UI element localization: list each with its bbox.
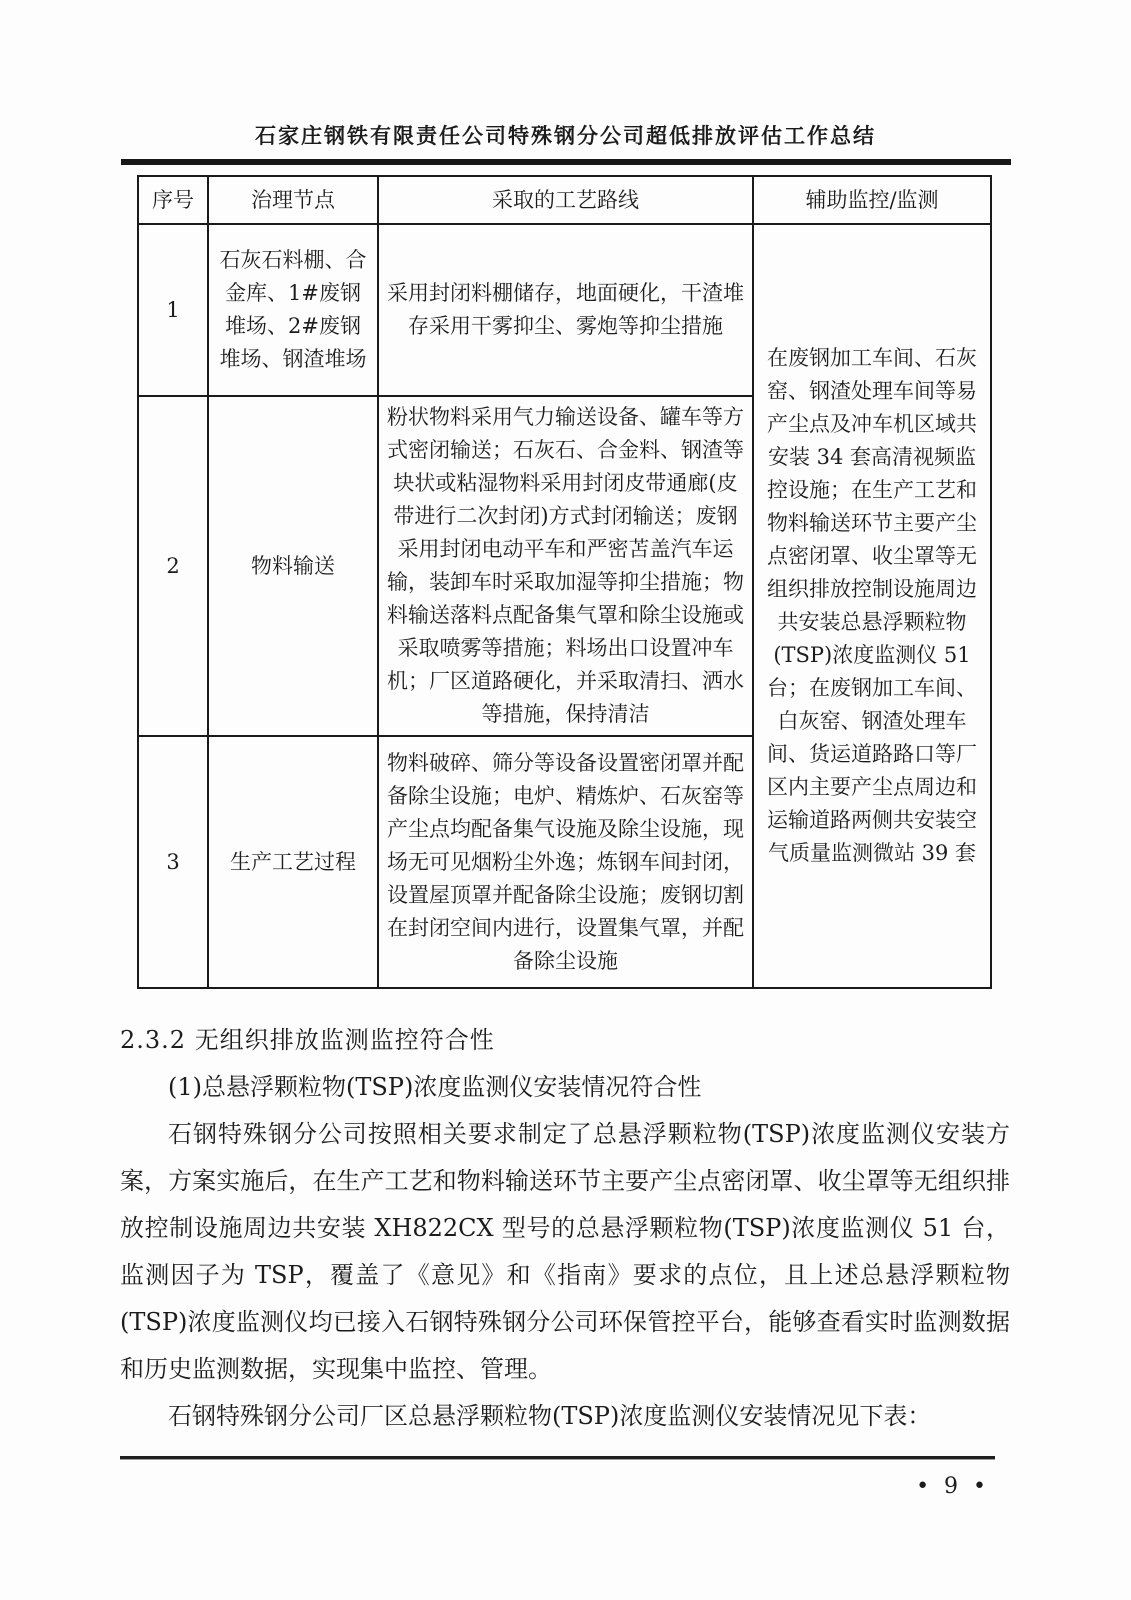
section-heading-2-3-2: 2.3.2 无组织排放监测监控符合性 (120, 1017, 1010, 1064)
page-number: • 9 • (916, 1474, 990, 1499)
table-row: 1 石灰石料棚、合金库、1#废钢堆场、2#废钢堆场、钢渣堆场 采用封闭料棚储存，… (138, 224, 991, 396)
table-cell-node: 生产工艺过程 (208, 736, 378, 988)
footer-rule (120, 1456, 995, 1460)
table-cell-no: 3 (138, 736, 208, 988)
table-cell-no: 1 (138, 224, 208, 396)
table-header-monitoring: 辅助监控/监测 (753, 176, 991, 224)
table-cell-process: 采用封闭料棚储存，地面硬化，干渣堆存采用干雾抑尘、雾炮等抑尘措施 (378, 224, 753, 396)
table-header-row: 序号 治理节点 采取的工艺路线 辅助监控/监测 (138, 176, 991, 224)
table-cell-process: 粉状物料采用气力输送设备、罐车等方式密闭输送；石灰石、合金料、钢渣等块状或粘湿物… (378, 396, 753, 736)
header-double-rule (121, 159, 1011, 165)
table-header-process: 采取的工艺路线 (378, 176, 753, 224)
treatment-measures-table: 序号 治理节点 采取的工艺路线 辅助监控/监测 1 石灰石料棚、合金库、1#废钢… (137, 175, 992, 989)
paragraph-tsp-monitor-details: 石钢特殊钢分公司按照相关要求制定了总悬浮颗粒物(TSP)浓度监测仪安装方案，方案… (120, 1111, 1010, 1393)
paragraph-see-table-below: 石钢特殊钢分公司厂区总悬浮颗粒物(TSP)浓度监测仪安装情况见下表： (120, 1393, 1010, 1440)
page-header-title: 石家庄钢铁有限责任公司特殊钢分公司超低排放评估工作总结 (0, 0, 1131, 150)
sub-heading-tsp-installation: (1)总悬浮颗粒物(TSP)浓度监测仪安装情况符合性 (120, 1064, 1010, 1111)
document-page: 石家庄钢铁有限责任公司特殊钢分公司超低排放评估工作总结 序号 治理节点 采取的工… (0, 0, 1131, 1600)
table-header-node: 治理节点 (208, 176, 378, 224)
table-header-no: 序号 (138, 176, 208, 224)
table-cell-node: 物料输送 (208, 396, 378, 736)
body-text-block: 2.3.2 无组织排放监测监控符合性 (1)总悬浮颗粒物(TSP)浓度监测仪安装… (120, 1017, 1010, 1440)
table-cell-process: 物料破碎、筛分等设备设置密闭罩并配备除尘设施；电炉、精炼炉、石灰窑等产尘点均配备… (378, 736, 753, 988)
table-cell-node: 石灰石料棚、合金库、1#废钢堆场、2#废钢堆场、钢渣堆场 (208, 224, 378, 396)
table-cell-no: 2 (138, 396, 208, 736)
table-cell-monitoring-merged: 在废钢加工车间、石灰窑、钢渣处理车间等易产尘点及冲车机区域共安装 34 套高清视… (753, 224, 991, 988)
